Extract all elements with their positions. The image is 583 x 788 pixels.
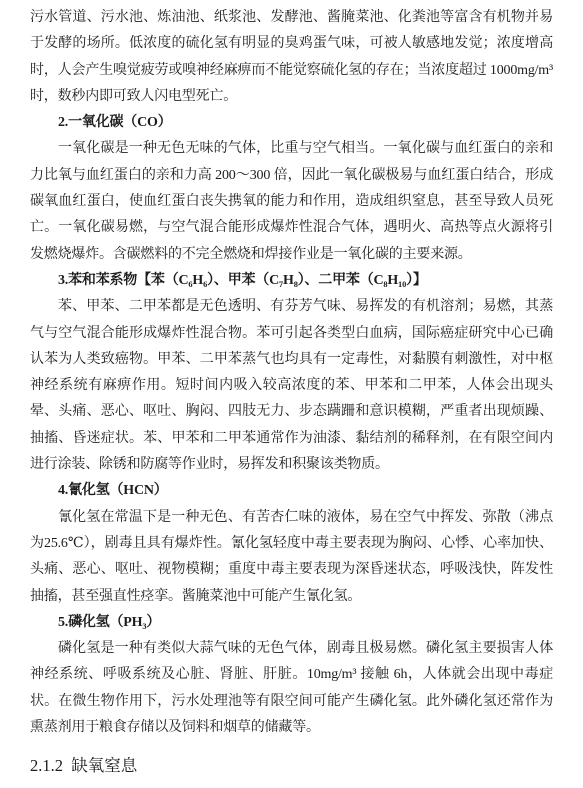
- heading-phosphine: 5.磷化氢（PH₃）: [30, 610, 553, 636]
- paragraph-phosphine: 磷化氢是一种有类似大蒜气味的无色气体，剧毒且极易燃。磷化氢主要损害人体神经系统、…: [30, 636, 553, 741]
- section-heading-oxygen-deficiency-asphyxia: 2.1.2 缺氧窒息: [30, 753, 553, 779]
- heading-carbon-monoxide: 2.一氧化碳（CO）: [30, 110, 553, 136]
- heading-benzene-series: 3.苯和苯系物【苯（C₆H₆）、甲苯（C₇H₈）、二甲苯（C₈H₁₀）】: [30, 268, 553, 294]
- paragraph-benzene-series: 苯、甲苯、二甲苯都是无色透明、有芬芳气味、易挥发的有机溶剂；易燃，其蒸气与空气混…: [30, 294, 553, 478]
- heading-hydrogen-cyanide: 4.氰化氢（HCN）: [30, 478, 553, 504]
- paragraph-hydrogen-cyanide: 氰化氢在常温下是一种无色、有苦杏仁味的液体，易在空气中挥发、弥散（沸点为25.6…: [30, 505, 553, 610]
- document-page: 污水管道、污水池、炼油池、纸浆池、发酵池、酱腌菜池、化粪池等富含有机物并易于发酵…: [0, 0, 583, 788]
- paragraph-hydrogen-sulfide-continuation: 污水管道、污水池、炼油池、纸浆池、发酵池、酱腌菜池、化粪池等富含有机物并易于发酵…: [30, 5, 553, 110]
- paragraph-carbon-monoxide: 一氧化碳是一种无色无味的气体，比重与空气相当。一氧化碳与血红蛋白的亲和力比氧与血…: [30, 136, 553, 267]
